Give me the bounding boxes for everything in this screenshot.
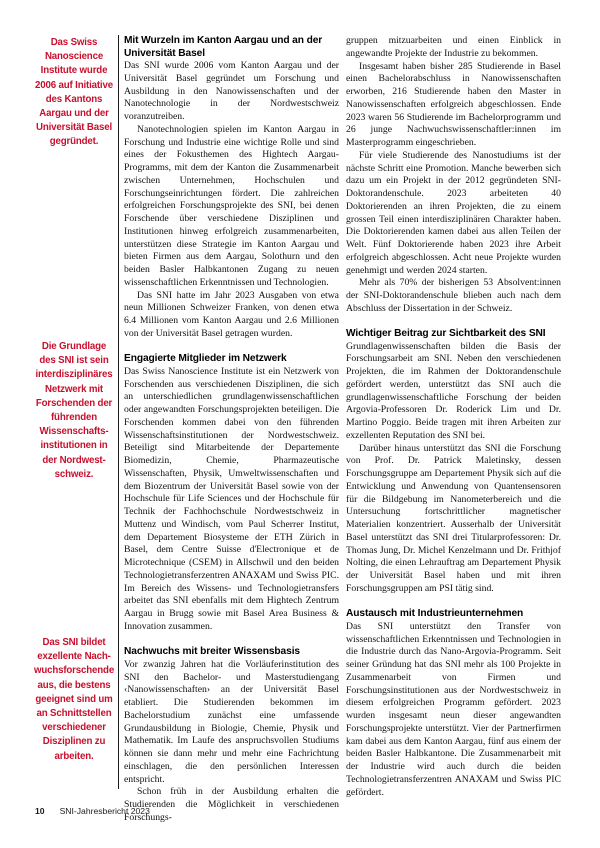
body-paragraph: Grundlagenwissenschaften bilden die Basi… — [346, 341, 561, 443]
margin-note: Die Grundlage des SNI ist sein interdisz… — [28, 340, 120, 482]
body-paragraph: Das SNI hatte im Jahr 2023 Ausgaben von … — [124, 290, 339, 341]
section-network: Engagierte Mitglieder im Netzwerk Das Sw… — [124, 353, 339, 633]
section-heading: Engagierte Mitglieder im Netzwerk — [124, 353, 339, 366]
section-heading: Wichtiger Beitrag zur Sichtbarkeit des S… — [346, 328, 561, 341]
body-paragraph: Nanotechnologien spielen im Kanton Aarga… — [124, 124, 339, 290]
footer-label: SNI-Jahresbericht 2023 — [60, 806, 150, 816]
page-footer: 10SNI-Jahresbericht 2023 — [35, 806, 150, 816]
body-paragraph: Das SNI wurde 2006 vom Kanton Aargau und… — [124, 60, 339, 124]
margin-note: Das Swiss Nanoscience Institute wurde 20… — [28, 36, 120, 150]
page-number: 10 — [35, 806, 45, 816]
column-divider — [118, 35, 119, 789]
report-page: Das Swiss Nanoscience Institute wurde 20… — [0, 0, 600, 848]
body-paragraph: Das Swiss Nanoscience Institute ist ein … — [124, 366, 339, 634]
section-heading: Mit Wurzeln im Kanton Aargau und an der … — [124, 35, 339, 60]
body-paragraph: Darüber hinaus unterstützt das SNI die F… — [346, 443, 561, 596]
body-paragraph: Mehr als 70% der bisherigen 53 Absolvent… — [346, 277, 561, 315]
body-paragraph: Insgesamt haben bisher 285 Studierende i… — [346, 61, 561, 150]
body-paragraph: Für viele Studierende des Nanostudiums i… — [346, 150, 561, 278]
section-industry: Austausch mit Industrieunternehmen Das S… — [346, 608, 561, 799]
section-heading: Nachwuchs mit breiter Wissensbasis — [124, 646, 339, 659]
body-paragraph: Vor zwanzig Jahren hat die Vorläuferinst… — [124, 659, 339, 787]
body-paragraph: Das SNI unterstützt den Transfer von wis… — [346, 621, 561, 800]
margin-note: Das SNI bildet exzellente Nach- wuchsfor… — [28, 636, 120, 764]
section-visibility: Wichtiger Beitrag zur Sichtbarkeit des S… — [346, 328, 561, 596]
body-paragraph: gruppen mitzuarbeiten und einen Einblick… — [346, 35, 561, 61]
section-education-continued: gruppen mitzuarbeiten und einen Einblick… — [346, 35, 561, 316]
section-origins: Mit Wurzeln im Kanton Aargau und an der … — [124, 35, 339, 341]
text-column-left: Mit Wurzeln im Kanton Aargau und an der … — [124, 35, 339, 825]
section-education: Nachwuchs mit breiter Wissensbasis Vor z… — [124, 646, 339, 824]
text-column-right: gruppen mitzuarbeiten und einen Einblick… — [346, 35, 561, 799]
section-heading: Austausch mit Industrieunternehmen — [346, 608, 561, 621]
body-paragraph: Schon früh in der Ausbildung erhalten di… — [124, 786, 339, 824]
